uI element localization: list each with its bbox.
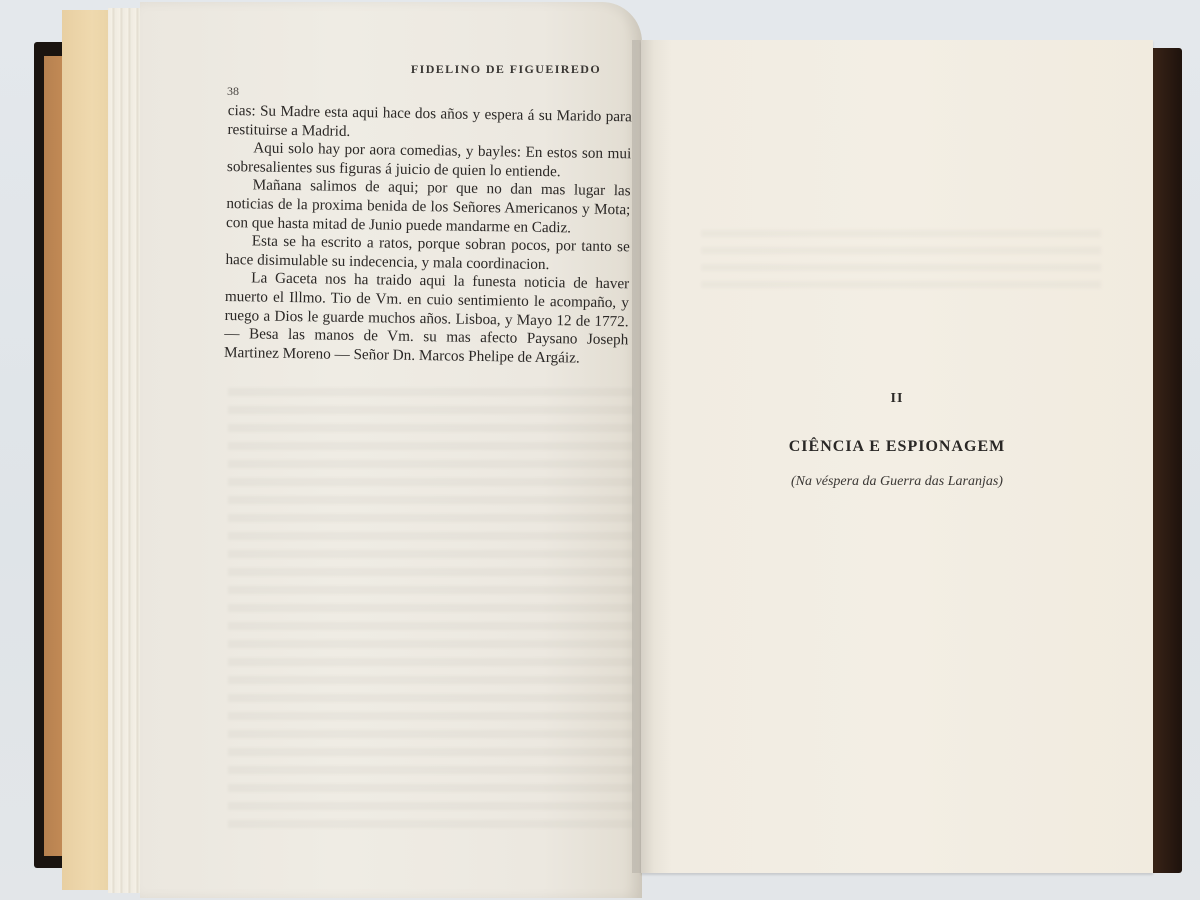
bleed-through-text bbox=[701, 230, 1101, 290]
bleed-through-text bbox=[228, 388, 632, 828]
paragraph: Esta se ha escrito a ratos, porque sobra… bbox=[225, 232, 630, 276]
endpaper bbox=[62, 10, 112, 890]
chapter-number: II bbox=[641, 391, 1153, 407]
paragraph: Mañana salimos de aqui; por que no dan m… bbox=[226, 176, 631, 238]
body-text: cias: Su Madre esta aqui hace dos años y… bbox=[224, 102, 632, 369]
gutter-shadow bbox=[632, 40, 654, 873]
book-cover-right bbox=[1152, 48, 1182, 873]
paragraph: La Gaceta nos ha traido aqui la funesta … bbox=[224, 269, 629, 368]
running-head: FIDELINO DE FIGUEIREDO bbox=[356, 62, 656, 77]
page-number: 38 bbox=[227, 84, 239, 99]
right-page: II CIÊNCIA E ESPIONAGEM (Na véspera da G… bbox=[641, 40, 1153, 873]
paragraph: cias: Su Madre esta aqui hace dos años y… bbox=[227, 102, 632, 146]
paragraph: Aqui solo hay por aora comedias, y bayle… bbox=[227, 139, 632, 183]
chapter-subtitle: (Na véspera da Guerra das Laranjas) bbox=[641, 474, 1153, 490]
left-page: FIDELINO DE FIGUEIREDO 38 cias: Su Madre… bbox=[140, 2, 642, 898]
chapter-title: CIÊNCIA E ESPIONAGEM bbox=[641, 438, 1153, 456]
